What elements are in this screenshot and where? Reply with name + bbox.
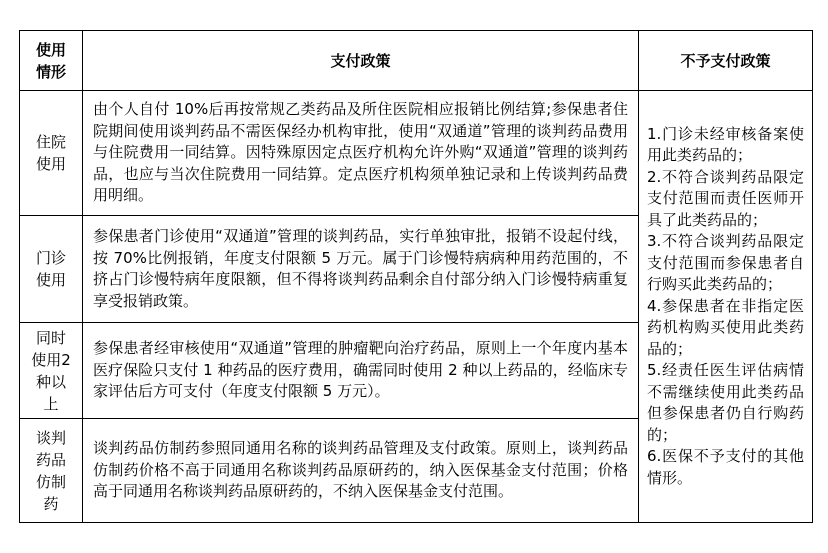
situation-generic-drugs: 谈判药品仿制药 — [20, 419, 83, 523]
table-row-inpatient: 住院使用 由个人自付 10%后再按常规乙类药品及所住医院相应报销比例结算;参保患… — [20, 91, 813, 216]
no-pay-item-6: 6.医保不予支付的其他情形。 — [647, 446, 804, 489]
situation-inpatient-use: 住院使用 — [20, 91, 83, 216]
no-pay-item-2: 2.不符合谈判药品限定支付范围而责任医师开具了此类药品的； — [647, 167, 804, 232]
no-pay-item-3: 3.不符合谈判药品限定支付范围而参保患者自行购买此类药品的； — [647, 231, 804, 296]
header-payment-policy: 支付政策 — [83, 31, 639, 91]
policy-generic-drugs: 谈判药品仿制药参照同通用名称的谈判药品管理及支付政策。原则上，谈判药品仿制药价格… — [83, 419, 639, 523]
policy-table-container: 使用情形 支付政策 不予支付政策 住院使用 由个人自付 10%后再按常规乙类药品… — [19, 30, 812, 523]
no-pay-item-4: 4.参保患者在非指定医药机构购买使用此类药品的； — [647, 296, 804, 361]
situation-simultaneous-use: 同时使用2种以上 — [20, 323, 83, 419]
header-usage-situation: 使用情形 — [20, 31, 83, 91]
policy-outpatient-use: 参保患者门诊使用“双通道”管理的谈判药品，实行单独审批，报销不设起付线，按 70… — [83, 216, 639, 323]
situation-outpatient-use: 门诊使用 — [20, 216, 83, 323]
table-header-row: 使用情形 支付政策 不予支付政策 — [20, 31, 813, 91]
header-no-payment-policy: 不予支付政策 — [639, 31, 813, 91]
policy-simultaneous-use: 参保患者经审核使用“双通道”管理的肿瘤靶向治疗药品，原则上一个年度内基本医疗保险… — [83, 323, 639, 419]
no-pay-item-5: 5.经责任医生评估病情不需继续使用此类药品但参保患者仍自行购药的； — [647, 360, 804, 446]
drug-payment-policy-table: 使用情形 支付政策 不予支付政策 住院使用 由个人自付 10%后再按常规乙类药品… — [19, 30, 813, 523]
no-payment-policy-cell: 1.门诊未经审核备案使用此类药品的； 2.不符合谈判药品限定支付范围而责任医师开… — [639, 91, 813, 523]
no-pay-item-1: 1.门诊未经审核备案使用此类药品的； — [647, 124, 804, 167]
policy-inpatient-use: 由个人自付 10%后再按常规乙类药品及所住医院相应报销比例结算;参保患者住院期间… — [83, 91, 639, 216]
